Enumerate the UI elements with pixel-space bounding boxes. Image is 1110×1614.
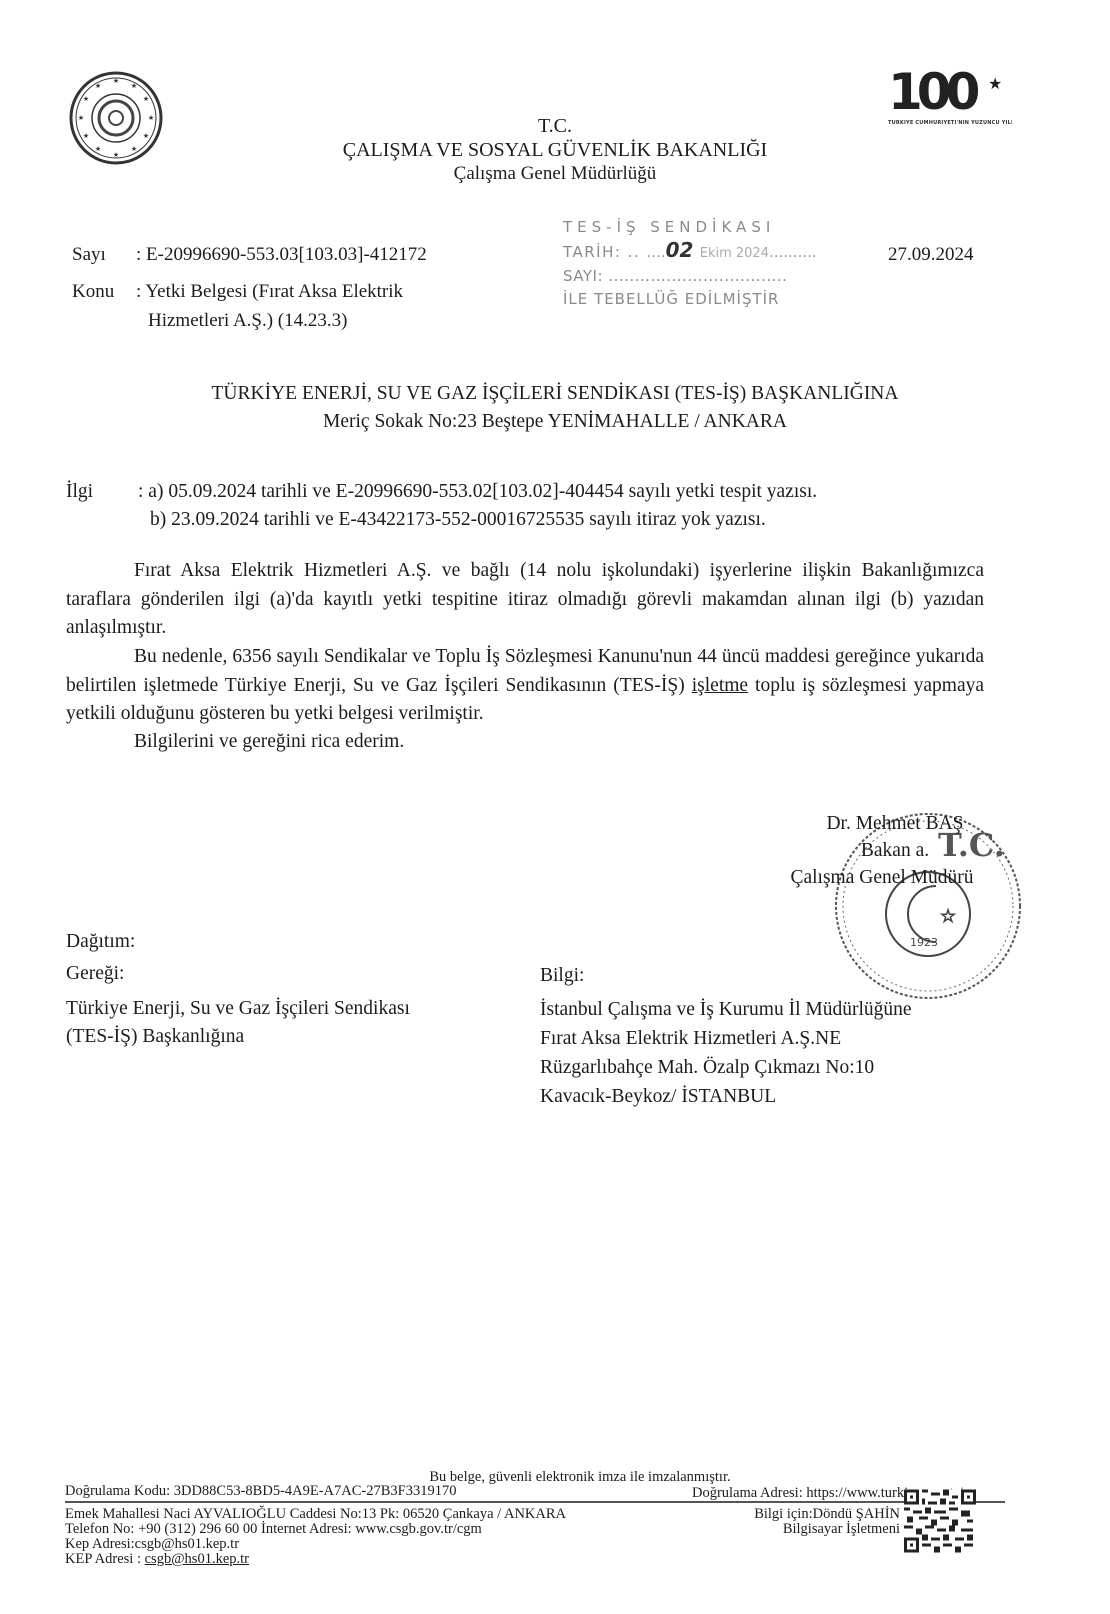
receipt-stamp: TES-İŞ SENDİKASI TARİH: .. ....02 Ekim 2…	[563, 216, 823, 311]
svg-text:★: ★	[113, 77, 119, 85]
addressee-line1: TÜRKİYE ENERJİ, SU VE GAZ İŞÇİLERİ SENDİ…	[0, 381, 1110, 407]
ilgi-label: İlgi	[66, 478, 93, 507]
bilgi-line3: Rüzgarlıbahçe Mah. Özalp Çıkmazı No:10	[540, 1054, 874, 1083]
verify-code: Doğrulama Kodu: 3DD88C53-8BD5-4A9E-A7AC-…	[65, 1484, 456, 1499]
svg-text:★: ★	[83, 95, 89, 103]
sayi-value: : E-20996690-553.03[103.03]-412172	[136, 244, 427, 266]
document-date: 27.09.2024	[888, 244, 974, 266]
ilgi-a: : a) 05.09.2024 tarihli ve E-20996690-55…	[138, 478, 817, 507]
underlined-word: işletme	[692, 675, 748, 696]
contact-person: Bilgi için:Döndü ŞAHİN	[720, 1507, 900, 1522]
handwritten-day: 02	[666, 238, 694, 262]
distribution-label: Dağıtım:	[66, 928, 135, 957]
ilgi-b: b) 23.09.2024 tarihli ve E-43422173-552-…	[150, 506, 766, 535]
bilgi-label: Bilgi:	[540, 962, 584, 991]
svg-text:★: ★	[131, 82, 137, 90]
footer-kep-2: KEP Adresi : csgb@hs01.kep.tr	[65, 1552, 249, 1567]
body-paragraph-3: Bilgilerini ve gereğini rica ederim.	[66, 728, 984, 757]
body-paragraph-2: Bu nedenle, 6356 sayılı Sendikalar ve To…	[66, 643, 984, 729]
svg-text:★: ★	[95, 82, 101, 90]
anniversary-100-logo: 100 ★ TÜRKİYE CUMHURİYETİ'NİN YÜZÜNCÜ YI…	[888, 62, 1012, 134]
sayi-label: Sayı	[72, 244, 106, 266]
stamp-footer: İLE TEBELLÜĞ EDİLMİŞTİR	[563, 288, 823, 311]
directorate-name: Çalışma Genel Müdürlüğü	[0, 161, 1110, 187]
gereği-line2: (TES-İŞ) Başkanlığına	[66, 1023, 244, 1052]
footer-kep-1: Kep Adresi:csgb@hs01.kep.tr	[65, 1537, 239, 1552]
konu-value-line1: : Yetki Belgesi (Fırat Aksa Elektrik	[136, 281, 403, 303]
addressee-line2: Meriç Sokak No:23 Beştepe YENİMAHALLE / …	[0, 409, 1110, 435]
footer-divider	[65, 1501, 1005, 1503]
signature-block: Dr. Mehmet BAŞ Bakan a. Çalışma Genel Mü…	[760, 810, 990, 891]
body-paragraph-1: Fırat Aksa Elektrik Hizmetleri A.Ş. ve b…	[66, 557, 984, 643]
bilgi-line1: İstanbul Çalışma ve İş Kurumu İl Müdürlü…	[540, 996, 912, 1025]
signer-role: Bakan a.	[760, 837, 990, 864]
signer-title: Çalışma Genel Müdürü	[760, 864, 990, 891]
gereği-line1: Türkiye Enerji, Su ve Gaz İşçileri Sendi…	[66, 995, 410, 1024]
footer-address: Emek Mahallesi Naci AYVALIOĞLU Caddesi N…	[65, 1507, 566, 1522]
gereği-label: Gereği:	[66, 960, 124, 989]
footer-phone: Telefon No: +90 (312) 296 60 00 İnternet…	[65, 1522, 482, 1537]
kep-email-link[interactable]: csgb@hs01.kep.tr	[145, 1551, 249, 1567]
contact-title: Bilgisayar İşletmeni	[720, 1522, 900, 1537]
konu-value-line2: Hizmetleri A.Ş.) (14.23.3)	[148, 310, 347, 332]
qr-code-icon	[904, 1489, 976, 1553]
ministry-name: ÇALIŞMA VE SOSYAL GÜVENLİK BAKANLIĞI	[0, 137, 1110, 163]
bilgi-line2: Fırat Aksa Elektrik Hizmetleri A.Ş.NE	[540, 1025, 841, 1054]
stamp-tarih: TARİH: .. ....02 Ekim 2024..........	[563, 239, 823, 265]
svg-text:★: ★	[143, 95, 149, 103]
bilgi-line4: Kavacık-Beykoz/ İSTANBUL	[540, 1083, 776, 1112]
svg-text:☆: ☆	[940, 906, 956, 927]
svg-text:1923: 1923	[910, 936, 938, 949]
stamp-title: TES-İŞ SENDİKASI	[563, 216, 823, 239]
signer-name: Dr. Mehmet BAŞ	[760, 810, 990, 837]
konu-label: Konu	[72, 281, 114, 303]
stamp-sayi: SAYI: ..................................	[563, 265, 823, 288]
star-icon: ★	[988, 74, 1002, 94]
